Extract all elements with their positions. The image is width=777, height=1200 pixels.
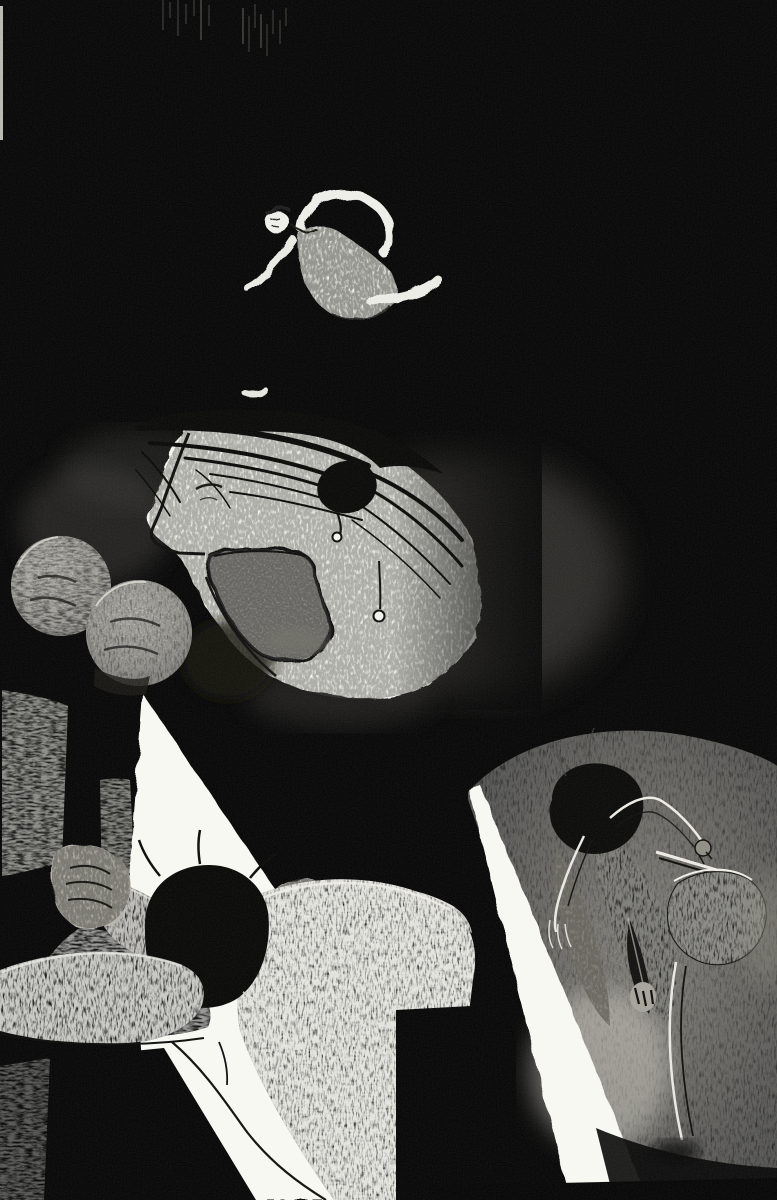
- manga-page: [0, 0, 777, 1200]
- manga-art: [0, 0, 777, 1200]
- paper-grain-overlay: [0, 0, 777, 1200]
